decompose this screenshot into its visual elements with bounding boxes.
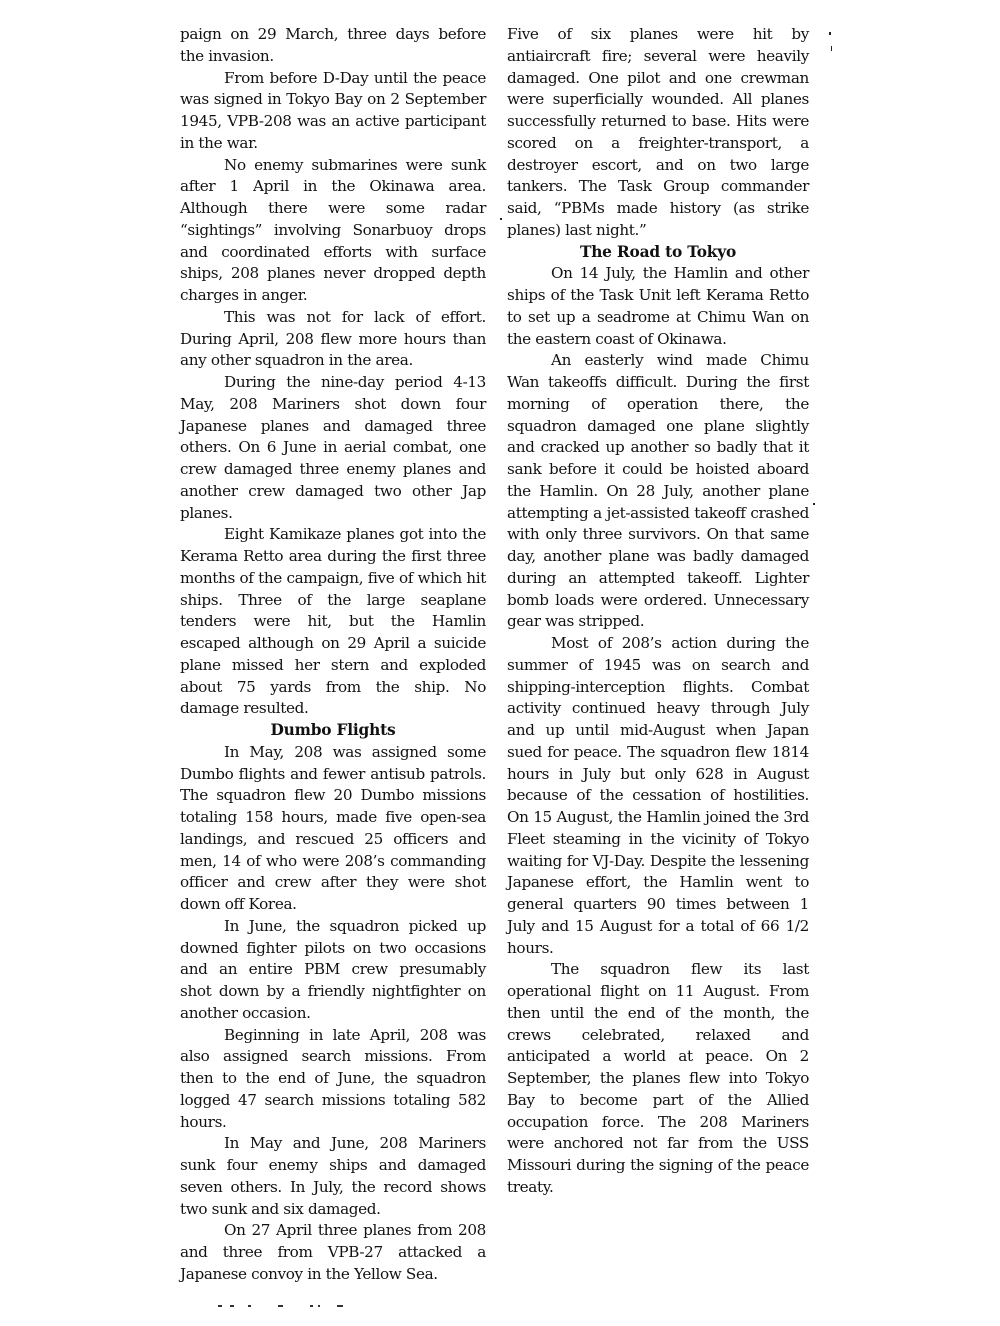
paragraph: From before D-Day until the peace was si… <box>180 68 486 155</box>
paragraph: On 14 July, the Hamlin and other ships o… <box>507 263 809 350</box>
paragraph: The squadron flew its last operational f… <box>507 959 809 1198</box>
section-heading-road-to-tokyo: The Road to Tokyo <box>507 242 809 264</box>
paragraph: Eight Kamikaze planes got into the Keram… <box>180 524 486 720</box>
paragraph: No enemy submarines were sunk after 1 Ap… <box>180 155 486 307</box>
cut-off-text-line-fragment <box>218 1305 368 1308</box>
scan-artifact-mark <box>813 503 815 505</box>
paragraph: An easterly wind made Chimu Wan takeoffs… <box>507 350 809 633</box>
section-heading-dumbo-flights: Dumbo Flights <box>180 720 486 742</box>
paragraph: paign on 29 March, three days before the… <box>180 24 486 68</box>
right-column: Five of six planes were hit by antiaircr… <box>507 24 809 1199</box>
scan-artifact-mark <box>500 218 502 220</box>
paragraph: Beginning in late April, 208 was also as… <box>180 1025 486 1134</box>
scan-artifact-mark <box>831 46 832 51</box>
left-column: paign on 29 March, three days before the… <box>180 24 486 1286</box>
paragraph: This was not for lack of effort. During … <box>180 307 486 372</box>
paragraph: Most of 208’s action during the summer o… <box>507 633 809 959</box>
paragraph: In May, 208 was assigned some Dumbo flig… <box>180 742 486 916</box>
paragraph: During the nine-day period 4-13 May, 208… <box>180 372 486 524</box>
scan-artifact-mark <box>829 32 831 35</box>
paragraph: In May and June, 208 Mariners sunk four … <box>180 1133 486 1220</box>
paragraph: In June, the squadron picked up downed f… <box>180 916 486 1025</box>
paragraph: On 27 April three planes from 208 and th… <box>180 1220 486 1285</box>
scanned-document-page: paign on 29 March, three days before the… <box>0 0 1000 1326</box>
paragraph: Five of six planes were hit by antiaircr… <box>507 24 809 242</box>
